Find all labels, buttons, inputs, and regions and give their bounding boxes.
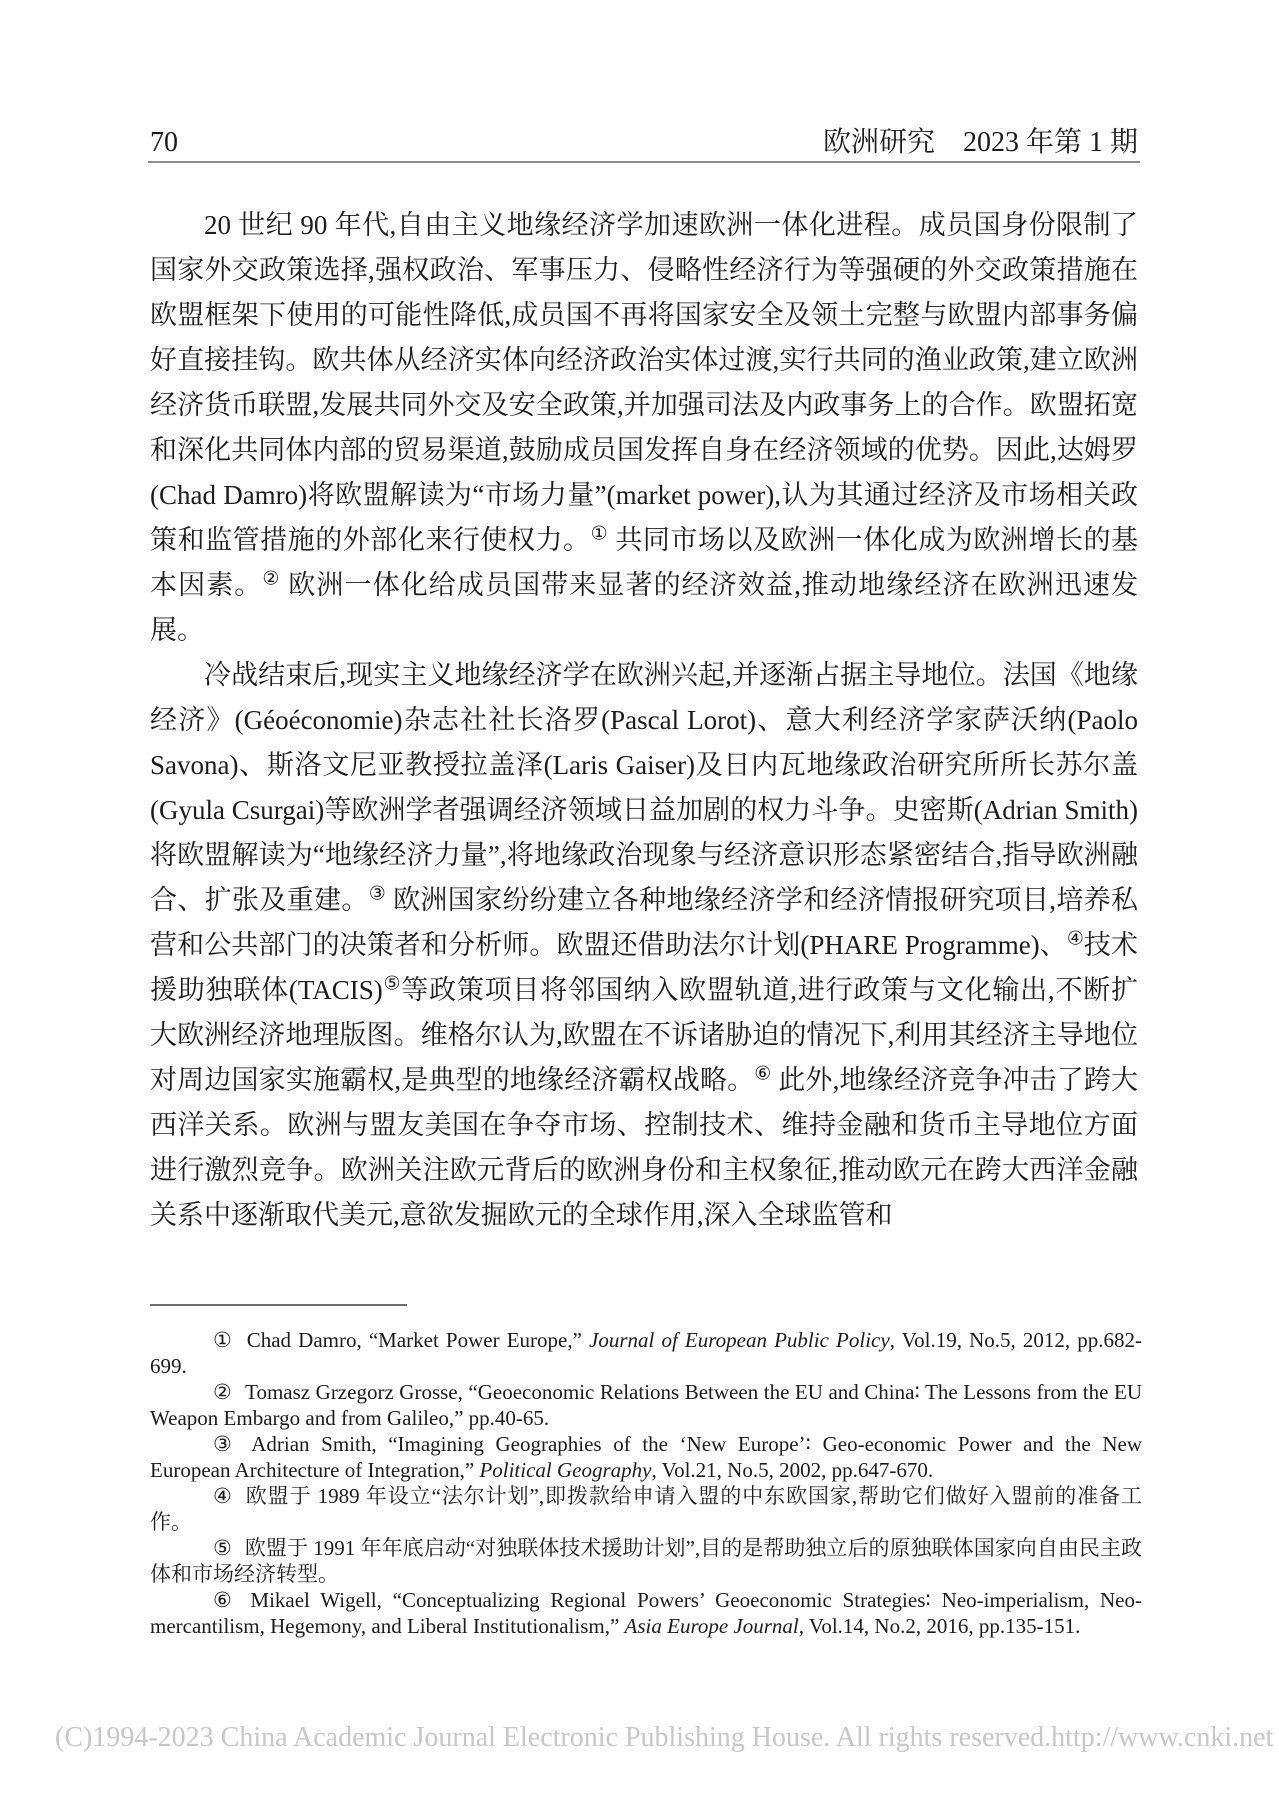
footnote-text: 欧盟于 1989 年设立“法尔计划”,即拨款给申请入盟的中东欧国家,帮助它们做好… <box>150 1484 1142 1534</box>
footnote-text: 欧盟于 1991 年年底启动“对独联体技术援助计划”,目的是帮助独立后的原独联体… <box>150 1536 1142 1586</box>
footer-watermark: (C)1994-2023 China Academic Journal Elec… <box>55 1722 1240 1754</box>
footnote-marker: ④ <box>213 1484 246 1508</box>
footnote-separator <box>150 1304 407 1306</box>
journal-title: Journal of European Public Policy <box>589 1328 890 1352</box>
footnote-ref: ② <box>262 569 280 590</box>
footnote-marker: ② <box>213 1380 245 1404</box>
paragraph: 冷战结束后,现实主义地缘经济学在欧洲兴起,并逐渐占据主导地位。法国《地缘经济》(… <box>150 653 1138 1238</box>
footnote-marker: ③ <box>213 1432 251 1456</box>
document-page: 70 欧洲研究 2023 年第 1 期 20 世纪 90 年代,自由主义地缘经济… <box>0 0 1279 1797</box>
journal-title: Asia Europe Journal <box>625 1614 799 1638</box>
footnote-item: ④欧盟于 1989 年设立“法尔计划”,即拨款给申请入盟的中东欧国家,帮助它们做… <box>150 1483 1142 1535</box>
footnote-text: , Vol.14, No.2, 2016, pp.135-151. <box>799 1614 1081 1638</box>
footnote-marker: ⑤ <box>213 1536 245 1560</box>
journal-issue-label: 欧洲研究 2023 年第 1 期 <box>823 120 1138 160</box>
footnote-text: Tomasz Grzegorz Grosse, “Geoeconomic Rel… <box>150 1380 1142 1430</box>
footnote-item: ③Adrian Smith, “Imagining Geographies of… <box>150 1431 1142 1483</box>
copyright-text: (C)1994-2023 China Academic Journal Elec… <box>55 1722 1051 1754</box>
footnote-item: ⑤欧盟于 1991 年年底启动“对独联体技术援助计划”,目的是帮助独立后的原独联… <box>150 1535 1142 1587</box>
footnote-item: ②Tomasz Grzegorz Grosse, “Geoeconomic Re… <box>150 1379 1142 1431</box>
footnote-ref: ③ <box>369 884 386 905</box>
footnote-marker: ① <box>213 1328 247 1352</box>
header-rule <box>148 161 1140 163</box>
page-number: 70 <box>150 127 178 159</box>
footnote-ref: ① <box>591 524 608 545</box>
footnote-ref: ④ <box>1067 929 1084 950</box>
article-body: 20 世纪 90 年代,自由主义地缘经济学加速欧洲一体化进程。成员国身份限制了国… <box>150 203 1138 1238</box>
footnote-marker: ⑥ <box>213 1588 250 1612</box>
footnote-ref: ⑤ <box>383 974 402 995</box>
footnote-item: ⑥Mikael Wigell, “Conceptualizing Regiona… <box>150 1587 1142 1639</box>
cnki-url: http://www.cnki.net <box>1051 1722 1273 1754</box>
paragraph: 20 世纪 90 年代,自由主义地缘经济学加速欧洲一体化进程。成员国身份限制了国… <box>150 203 1138 653</box>
journal-title: Political Geography <box>479 1458 651 1482</box>
footnote-item: ①Chad Damro, “Market Power Europe,” Jour… <box>150 1327 1142 1379</box>
footnote-text: Chad Damro, “Market Power Europe,” <box>247 1328 589 1352</box>
footnotes: ①Chad Damro, “Market Power Europe,” Jour… <box>150 1327 1142 1639</box>
footnote-text: , Vol.21, No.5, 2002, pp.647-670. <box>652 1458 934 1482</box>
footnote-ref: ⑥ <box>754 1064 771 1085</box>
page-header: 70 欧洲研究 2023 年第 1 期 <box>150 120 1138 160</box>
